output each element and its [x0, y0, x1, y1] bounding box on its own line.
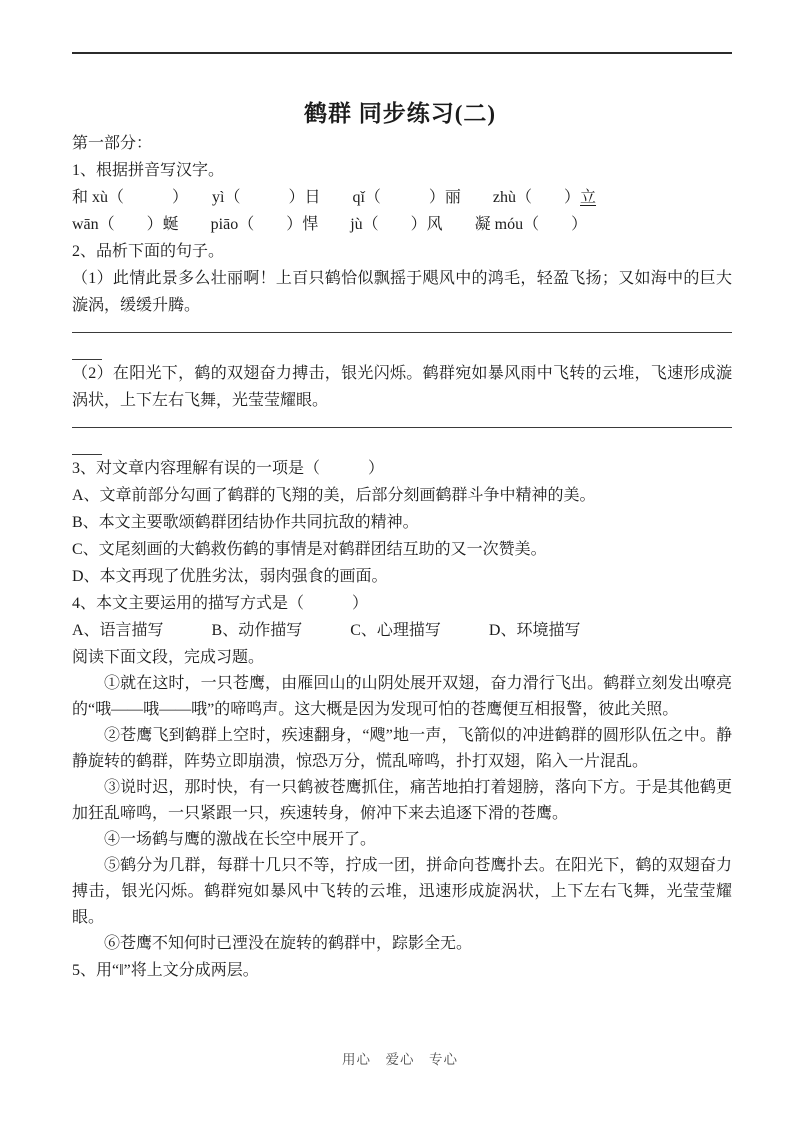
q1-row1-underlined-char: 立 — [580, 189, 596, 206]
q1-pinyin-row-1: 和 xù（ ） yì（ ）日 qǐ（ ）丽 zhù（ ）立 — [72, 184, 732, 211]
q1-pinyin-row-2: wān（ ）蜒 piāo（ ）悍 jù（ ）风 凝 móu（ ） — [72, 211, 732, 238]
q2-sentence-2: （2）在阳光下，鹤的双翅奋力搏击，银光闪烁。鹤群宛如暴风雨中飞转的云堆，飞速形成… — [72, 360, 732, 414]
passage-paragraph-2: ②苍鹰飞到鹤群上空时，疾速翻身，“飕”地一声，飞箭似的冲进鹤群的圆形队伍之中。静… — [72, 723, 732, 775]
q2-sentence-1: （1）此情此景多么壮丽啊！上百只鹤恰似飘摇于飓风中的鸿毛，轻盈飞扬；又如海中的巨… — [72, 265, 732, 319]
passage-paragraph-6: ⑥苍鹰不知何时已湮没在旋转的鹤群中，踪影全无。 — [72, 931, 732, 957]
q3-stem: 3、对文章内容理解有误的一项是（ ） — [72, 455, 732, 482]
q3-option-d: D、本文再现了优胜劣汰，弱肉强食的画面。 — [72, 563, 732, 590]
passage-paragraph-4: ④一场鹤与鹰的激战在长空中展开了。 — [72, 827, 732, 853]
answer-line-full — [72, 332, 732, 333]
page-title: 鹤群 同步练习(二) — [0, 98, 800, 130]
passage-paragraph-1: ①就在这时，一只苍鹰，由雁回山的山阴处展开双翅，奋力滑行飞出。鹤群立刻发出嘹亮的… — [72, 671, 732, 723]
page-footer-motto: 用心 爱心 专心 — [0, 1048, 800, 1068]
q4-options-row: A、语言描写 B、动作描写 C、心理描写 D、环境描写 — [72, 617, 732, 644]
q3-option-a: A、文章前部分勾画了鹤群的飞翔的美，后部分刻画鹤群斗争中精神的美。 — [72, 482, 732, 509]
reading-intro: 阅读下面文段，完成习题。 — [72, 644, 732, 671]
answer-line-full — [72, 427, 732, 428]
part-label: 第一部分： — [72, 130, 732, 157]
q3-option-b: B、本文主要歌颂鹤群团结协作共同抗敌的精神。 — [72, 509, 732, 536]
q5-stem: 5、用“‖”将上文分成两层。 — [72, 957, 732, 984]
q1-row1-text: 和 xù（ ） yì（ ）日 qǐ（ ）丽 zhù（ ） — [72, 189, 580, 206]
worksheet-content: 第一部分： 1、根据拼音写汉字。 和 xù（ ） yì（ ）日 qǐ（ ）丽 z… — [72, 130, 732, 984]
q3-option-c: C、文尾刻画的大鹤救伤鹤的事情是对鹤群团结互助的又一次赞美。 — [72, 536, 732, 563]
q2-stem: 2、品析下面的句子。 — [72, 238, 732, 265]
worksheet-page: 鹤群 同步练习(二) 第一部分： 1、根据拼音写汉字。 和 xù（ ） yì（ … — [0, 0, 800, 1131]
header-rule — [72, 52, 732, 54]
passage-paragraph-3: ③说时迟，那时快，有一只鹤被苍鹰抓住，痛苦地拍打着翅膀，落向下方。于是其他鹤更加… — [72, 775, 732, 827]
reading-passage: ①就在这时，一只苍鹰，由雁回山的山阴处展开双翅，奋力滑行飞出。鹤群立刻发出嘹亮的… — [72, 671, 732, 957]
q4-stem: 4、本文主要运用的描写方式是（ ） — [72, 590, 732, 617]
q1-stem: 1、根据拼音写汉字。 — [72, 157, 732, 184]
passage-paragraph-5: ⑤鹤分为几群，每群十几只不等，拧成一团，拼命向苍鹰扑去。在阳光下，鹤的双翅奋力搏… — [72, 853, 732, 931]
